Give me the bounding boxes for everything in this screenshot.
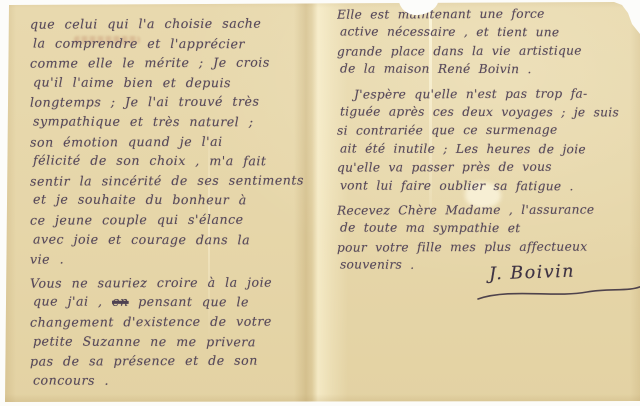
handwriting-line: Vous ne sauriez croire à la joie bbox=[30, 272, 322, 293]
handwriting-line: que celui qui l'a choisie sache bbox=[30, 14, 322, 34]
letter-scan: que celui qui l'a choisie sachela compre… bbox=[0, 0, 640, 406]
handwriting-line: de toute ma sympathie et bbox=[340, 219, 640, 238]
handwriting-line: sentir la sincérité de ses sentiments bbox=[30, 170, 322, 191]
handwriting-line: vie . bbox=[30, 248, 322, 269]
handwriting-line: Recevez Chère Madame , l'assurance bbox=[337, 200, 640, 220]
handwriting-line: vont lui faire oublier sa fatigue . bbox=[340, 176, 640, 195]
handwriting-line: comme elle le mérite ; Je crois bbox=[30, 53, 322, 74]
handwriting-line: longtemps ; Je l'ai trouvé très bbox=[30, 92, 322, 113]
handwriting-line: son émotion quand je l'ai bbox=[30, 131, 322, 152]
handwriting-line: ait été inutile ; Les heures de joie bbox=[340, 139, 640, 158]
handwriting-line: souvenirs . bbox=[340, 256, 640, 275]
paragraph: que celui qui l'a choisie sachela compre… bbox=[30, 14, 322, 269]
handwriting-line: et je souhaite du bonheur à bbox=[33, 190, 322, 211]
handwriting-line: J'espère qu'elle n'est pas trop fa- bbox=[337, 84, 640, 104]
handwriting-line: Elle est maintenant une force bbox=[337, 5, 640, 24]
handwriting-line: concours . bbox=[33, 370, 322, 391]
right-page: J. Boivin Elle est maintenant une forcea… bbox=[337, 5, 640, 305]
letter-paper: que celui qui l'a choisie sachela compre… bbox=[0, 0, 640, 406]
handwriting-line: de la maison René Boivin . bbox=[340, 60, 640, 79]
handwriting-line: la comprendre et l'apprécier bbox=[33, 33, 322, 54]
paragraph: Elle est maintenant une forceactive néce… bbox=[337, 5, 640, 79]
handwriting-line: félicité de son choix , m'a fait bbox=[33, 151, 322, 172]
handwriting-line: avec joie et courage dans la bbox=[33, 229, 322, 250]
handwriting-line: si contrariée que ce surmenage bbox=[337, 121, 640, 141]
handwriting-line: qu'elle va passer près de vous bbox=[337, 157, 640, 177]
handwriting-line: grande place dans la vie artistique bbox=[337, 41, 640, 61]
left-page: que celui qui l'a choisie sachela compre… bbox=[30, 14, 322, 396]
paragraph: Recevez Chère Madame , l'assurancede tou… bbox=[337, 201, 640, 275]
handwriting-line: sympathique et très naturel ; bbox=[33, 111, 322, 132]
handwriting-line: active nécessaire , et tient une bbox=[340, 23, 640, 42]
handwriting-line: pas de sa présence et de son bbox=[30, 350, 322, 371]
struck-word: en bbox=[112, 294, 129, 309]
paragraph: J'espère qu'elle n'est pas trop fa-tigué… bbox=[337, 85, 640, 195]
handwriting-line: changement d'existence de votre bbox=[30, 311, 322, 332]
handwriting-line: pour votre fille mes plus affectueux bbox=[337, 237, 640, 257]
signature-flourish-underline bbox=[475, 284, 640, 304]
handwriting-line: ce jeune couple qui s'élance bbox=[30, 209, 322, 230]
handwriting-line: qu'il l'aime bien et depuis bbox=[33, 72, 322, 93]
handwriting-line: petite Suzanne ne me privera bbox=[33, 331, 322, 352]
paragraph: Vous ne sauriez croire à la joieque j'ai… bbox=[30, 273, 322, 391]
handwriting-line: que j'ai , en pensant que le bbox=[33, 292, 322, 313]
handwriting-line: tiguée après ces deux voyages ; je suis bbox=[340, 102, 640, 121]
